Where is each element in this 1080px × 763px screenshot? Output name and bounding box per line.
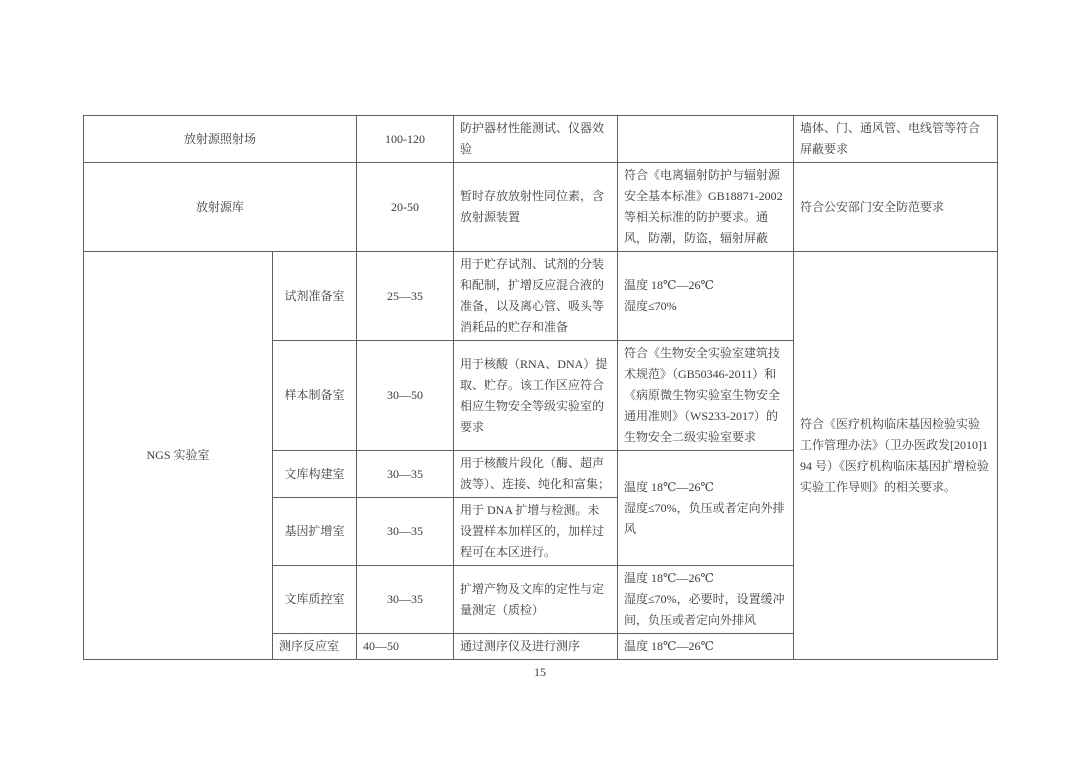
cell-room-name: 基因扩增室 — [273, 498, 357, 566]
cell-room-name: 文库质控室 — [273, 566, 357, 634]
cell-other-requirements: 符合《医疗机构临床基因检验实验工作管理办法》（卫办医政发[2010]194 号）… — [794, 252, 998, 660]
cell-room-name: 测序反应室 — [273, 634, 357, 660]
cell-environment: 符合《电离辐射防护与辐射源安全基本标准》GB18871-2002 等相关标准的防… — [618, 163, 794, 252]
cell-area: 100-120 — [357, 116, 454, 163]
cell-area: 20-50 — [357, 163, 454, 252]
cell-usage: 用于核酸（RNA、DNA）提取、贮存。该工作区应符合相应生物安全等级实验室的要求 — [454, 341, 618, 451]
cell-usage: 用于核酸片段化（酶、超声波等）、连接、纯化和富集； — [454, 451, 618, 498]
cell-site-name: 放射源照射场 — [84, 116, 357, 163]
cell-room-name: 样本制备室 — [273, 341, 357, 451]
cell-usage: 防护器材性能测试、仪器效验 — [454, 116, 618, 163]
cell-environment: 温度 18℃—26℃ 湿度≤70%，必要时，设置缓冲间，负压或者定向外排风 — [618, 566, 794, 634]
cell-area: 25—35 — [357, 252, 454, 341]
cell-room-name: 试剂准备室 — [273, 252, 357, 341]
cell-environment — [618, 116, 794, 163]
cell-area: 30—50 — [357, 341, 454, 451]
cell-usage: 用于贮存试剂、试剂的分装和配制，扩增反应混合液的准备，以及离心管、吸头等消耗品的… — [454, 252, 618, 341]
cell-area: 30—35 — [357, 498, 454, 566]
table-row-reagent-prep: NGS 实验室 试剂准备室 25—35 用于贮存试剂、试剂的分装和配制，扩增反应… — [84, 252, 998, 341]
table-row-radiation-store: 放射源库 20-50 暂时存放放射性同位素，含放射源装置 符合《电离辐射防护与辐… — [84, 163, 998, 252]
cell-environment: 温度 18℃—26℃ 湿度≤70% — [618, 252, 794, 341]
cell-usage: 暂时存放放射性同位素，含放射源装置 — [454, 163, 618, 252]
cell-environment: 符合《生物安全实验室建筑技术规范》（GB50346-2011）和《病原微生物实验… — [618, 341, 794, 451]
cell-site-name: 放射源库 — [84, 163, 357, 252]
document-page: 放射源照射场 100-120 防护器材性能测试、仪器效验 墙体、门、通风管、电线… — [0, 0, 1080, 763]
cell-environment: 温度 18℃—26℃ 湿度≤70%，负压或者定向外排风 — [618, 451, 794, 566]
cell-other-requirements: 墙体、门、通风管、电线管等符合屏蔽要求 — [794, 116, 998, 163]
cell-usage: 用于 DNA 扩增与检测。未设置样本加样区的，加样过程可在本区进行。 — [454, 498, 618, 566]
table-row-radiation-field: 放射源照射场 100-120 防护器材性能测试、仪器效验 墙体、门、通风管、电线… — [84, 116, 998, 163]
cell-lab-name: NGS 实验室 — [84, 252, 273, 660]
cell-other-requirements: 符合公安部门安全防范要求 — [794, 163, 998, 252]
cell-area: 30—35 — [357, 451, 454, 498]
cell-area: 40—50 — [357, 634, 454, 660]
page-number: 15 — [0, 665, 1080, 680]
cell-room-name: 文库构建室 — [273, 451, 357, 498]
cell-environment: 温度 18℃—26℃ — [618, 634, 794, 660]
cell-usage: 通过测序仪及进行测序 — [454, 634, 618, 660]
facility-requirements-table: 放射源照射场 100-120 防护器材性能测试、仪器效验 墙体、门、通风管、电线… — [83, 115, 998, 660]
cell-area: 30—35 — [357, 566, 454, 634]
cell-usage: 扩增产物及文库的定性与定量测定（质检） — [454, 566, 618, 634]
